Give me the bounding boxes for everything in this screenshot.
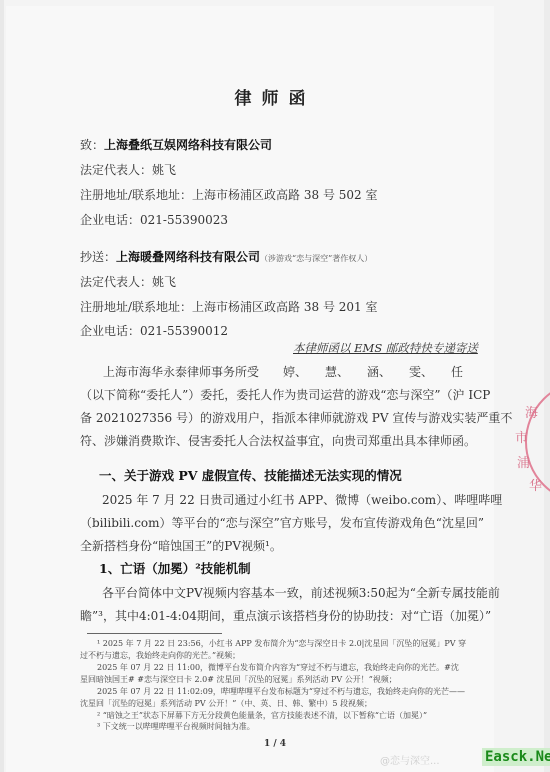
document-title: 律师函 (0, 84, 550, 109)
section-1-para1-line1: 2025 年 7 月 22 日贵司通过小红书 APP、微博（weibo.com）… (102, 493, 502, 507)
recipient-phone: 企业电话：021-55390023 (80, 213, 228, 227)
intro-line-2: （以下简称“委托人”）委托，委托人作为贵司运营的游戏“恋与深空”（沪 ICP (80, 388, 490, 402)
intro-line-4: 符、涉嫌消费欺诈、侵害委托人合法权益事宜，向贵司郑重出具本律师函。 (80, 434, 476, 448)
official-seal-stamp: 海 市 浦 华 (525, 380, 550, 504)
site-watermark: Easck.Net (482, 748, 550, 766)
footnote-line: ¹ 2025 年 7 月 22 日 23:56，小红书 APP 发布简介为“恋与… (97, 638, 466, 649)
section-1-para1-line3: 全新搭档身份“暗蚀国王”的PV视频¹。 (80, 539, 282, 553)
section-1-para2-line1: 各平台简体中文PV视频内容基本一致，前述视频3:50起为“全新专属技能前 (102, 586, 500, 600)
page-edge-left (0, 0, 4, 772)
cc-legal-rep: 法定代表人：姚飞 (80, 275, 176, 289)
footnote-line: 2025 年 07 月 22 日 11:00，微博平台发布简介内容为“穿过不朽与… (97, 662, 459, 673)
recipient-address: 注册地址/联系地址：上海市杨浦区政高路 38 号 502 室 (80, 188, 377, 202)
recipient-label: 致： (80, 138, 104, 152)
weibo-watermark: @恋与深空... (380, 752, 440, 767)
intro-line-1: 上海市海华永泰律师事务所受 婷、 慧、 涵、 雯、 任 (103, 365, 463, 379)
recipient-legal-rep: 法定代表人：姚飞 (80, 163, 176, 177)
stamp-char: 华 (529, 475, 542, 494)
cc-company: 上海暖叠网络科技有限公司 (116, 250, 260, 264)
footnote-divider (87, 633, 222, 634)
stamp-char: 市 (515, 427, 528, 446)
cc-address: 注册地址/联系地址：上海市杨浦区政高路 38 号 201 室 (80, 300, 377, 314)
footnote-line: ² “暗蚀之王”状态下屏幕下方无分段黄色能量条，官方技能表述不清，以下暂称“亡语… (97, 710, 427, 721)
section-1-para2-line2: 瞻”³，其中4:01-4:04期间，重点演示该搭档身份的协助技：对“亡语（加冕）… (80, 609, 491, 623)
footnote-line: ³ 下文统一以哔哩哔哩平台视频时间轴为准。 (97, 721, 255, 732)
intro-line-3: 备 2021027356 号）的游戏用户，指派本律师就游戏 PV 宣传与游戏实装… (80, 411, 512, 425)
delivery-note: 本律师函以 EMS 邮政特快专递寄送 (293, 341, 478, 355)
cc-phone: 企业电话：021-55390012 (80, 324, 228, 338)
stamp-char: 海 (525, 402, 538, 421)
subsection-1-heading: 1、亡语（加冕）²技能机制 (99, 562, 251, 576)
cc-note: （涉游戏“恋与深空”著作权人） (260, 254, 372, 263)
recipient-line: 致：上海叠纸互娱网络科技有限公司 (80, 138, 272, 152)
section-1-para1-line2: （bilibili.com）等平台的“恋与深空”官方账号，发布宣传游戏角色“沈星… (80, 516, 484, 530)
footnote-line: 2025 年 07 月 22 日 11:02:09，哔哩哔哩平台发布标题为“穿过… (97, 686, 465, 697)
footnote-line: 过不朽与遗忘，我始终走向你的光芒。”视频； (80, 650, 240, 661)
page-edge-right (544, 0, 550, 772)
footnote-line: 星回暗蚀国王# #恋与深空日卡 2.0# 沈星回「沉坠的冠冕」系列活动 PV 公… (80, 674, 397, 685)
page-number: 1 / 4 (0, 739, 550, 749)
recipient-company: 上海叠纸互娱网络科技有限公司 (104, 138, 272, 152)
cc-line: 抄送：上海暖叠网络科技有限公司（涉游戏“恋与深空”著作权人） (80, 250, 372, 266)
footnote-line: 沈星回「沉坠的冠冕」系列活动 PV 公开！”（中、英、日、韩、繁中）5 段视频； (80, 698, 372, 709)
stamp-char: 浦 (517, 452, 530, 471)
cc-label: 抄送： (80, 250, 116, 264)
section-1-heading: 一、关于游戏 PV 虚假宣传、技能描述无法实现的情况 (99, 469, 402, 483)
